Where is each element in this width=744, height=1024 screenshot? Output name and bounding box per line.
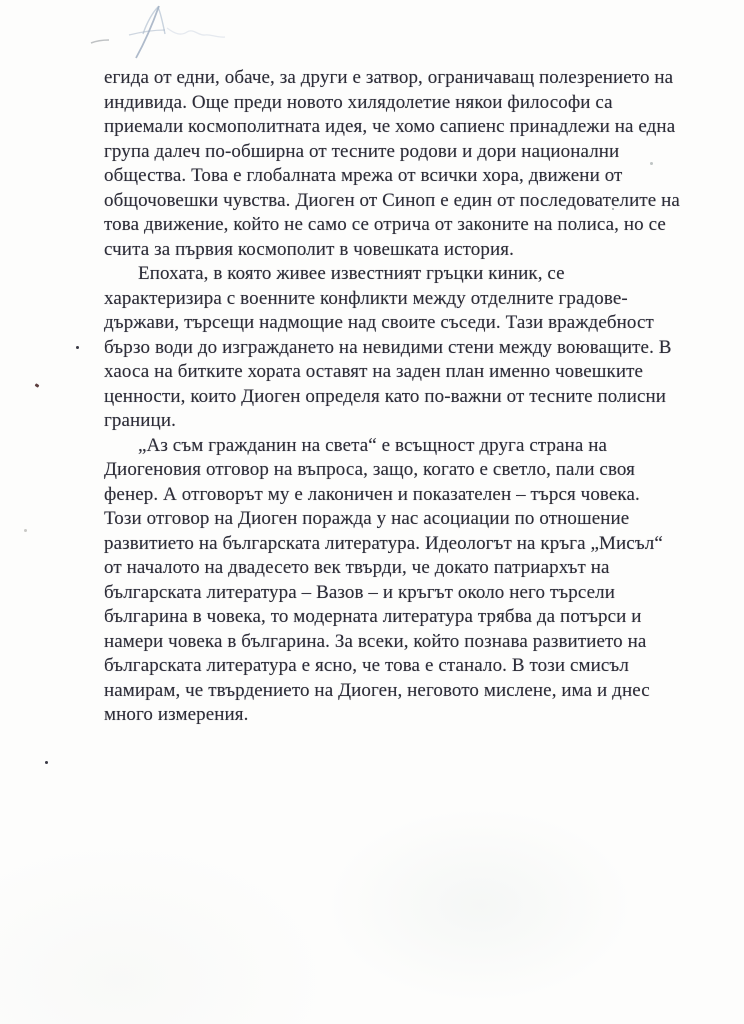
text-line: това движение, който не само се отрича о…: [104, 213, 674, 238]
text-line: намери човека в българина. За всеки, кой…: [104, 630, 674, 655]
paragraph: Епохата, в която живее известният гръцки…: [104, 262, 674, 434]
text-line: общочовешки чувства. Диоген от Синоп е е…: [104, 189, 674, 214]
text-line: група далеч по-обширна от тесните родови…: [104, 140, 674, 165]
text-line: българина в човека, то модерната литерат…: [104, 605, 674, 630]
handwritten-scribble-icon: [83, 0, 243, 72]
text-line: държави, търсещи надмощие над своите със…: [104, 311, 674, 336]
text-line: Този отговор на Диоген поражда у нас асо…: [104, 507, 674, 532]
text-line: много измерения.: [104, 703, 674, 728]
text-line: граници.: [104, 409, 674, 434]
paragraph: егида от едни, обаче, за други е затвор,…: [104, 66, 674, 262]
paragraph: „Аз съм гражданин на света“ е всъщност д…: [104, 434, 674, 728]
text-line: общества. Това е глобалната мрежа от вси…: [104, 164, 674, 189]
text-line: развитието на българската литература. Ид…: [104, 532, 674, 557]
text-line: егида от едни, обаче, за други е затвор,…: [104, 66, 674, 91]
text-line: българската литература – Вазов – и кръгъ…: [104, 581, 674, 606]
scan-speck: [35, 383, 40, 388]
text-line: бързо води до изграждането на невидими с…: [104, 336, 674, 361]
text-line: ценности, които Диоген определя като по-…: [104, 385, 674, 410]
text-line: приемали космополитната идея, че хомо са…: [104, 115, 674, 140]
text-line: „Аз съм гражданин на света“ е всъщност д…: [104, 434, 674, 459]
text-line: Епохата, в която живее известният гръцки…: [104, 262, 674, 287]
scan-speck: [24, 529, 27, 532]
scanned-page: егида от едни, обаче, за други е затвор,…: [0, 0, 744, 1024]
text-line: от началото на двадесето век твърди, че …: [104, 556, 674, 581]
text-line: хаоса на битките хората оставят на заден…: [104, 360, 674, 385]
text-line: фенер. А отговорът му е лаконичен и пока…: [104, 483, 674, 508]
text-line: Диогеновия отговор на въпроса, защо, ког…: [104, 458, 674, 483]
scan-speck: [76, 346, 79, 349]
scan-speck: [45, 761, 48, 764]
text-line: българската литература е ясно, че това е…: [104, 654, 674, 679]
text-line: счита за първия космополит в човешката и…: [104, 238, 674, 263]
text-line: индивида. Още преди новото хилядолетие н…: [104, 91, 674, 116]
essay-text: егида от едни, обаче, за други е затвор,…: [104, 66, 674, 728]
text-line: характеризира с военните конфликти между…: [104, 287, 674, 312]
text-line: намирам, че твърдението на Диоген, негов…: [104, 679, 674, 704]
